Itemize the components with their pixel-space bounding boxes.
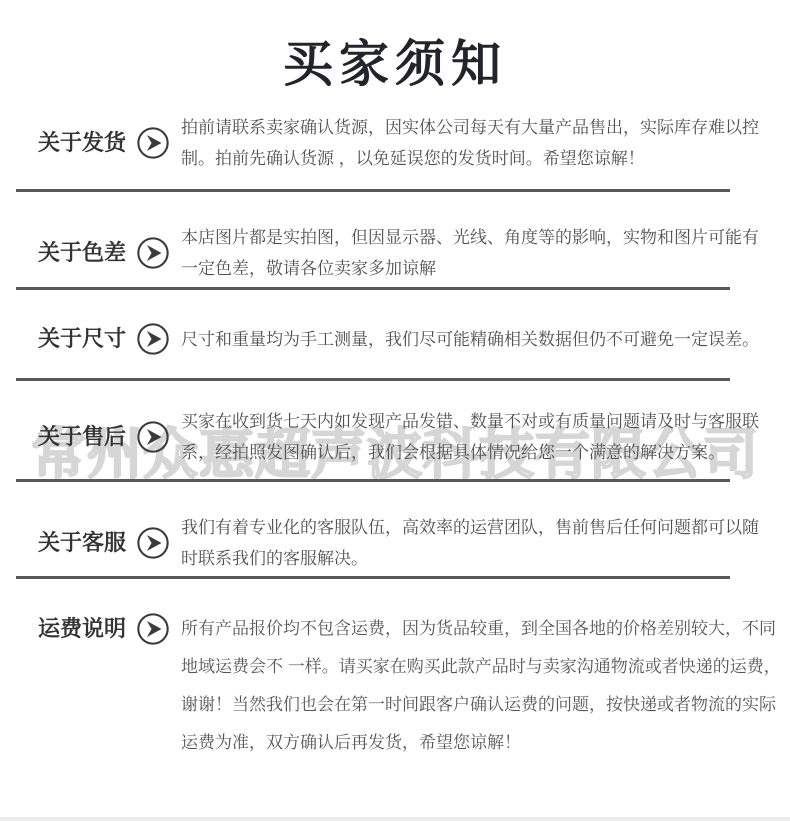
- section-text: 拍前请联系卖家确认货源，因实体公司每天有大量产品售出，实际库存难以控 制。拍前先…: [181, 112, 759, 174]
- section-shipping-fee: 运费说明 所有产品报价均不包含运费，因为货品较重，到全国各地的价格差别较大，不同…: [0, 610, 790, 762]
- divider: [16, 287, 730, 290]
- section-text: 所有产品报价均不包含运费，因为货品较重，到全国各地的价格差别较大，不同 地域运费…: [181, 610, 781, 762]
- section-label: 关于客服: [38, 529, 136, 557]
- bottom-edge-strip: [0, 817, 790, 821]
- section-customer-service: 关于客服 我们有着专业化的客服队伍，高效率的运营团队，售前售后任何问题都可以随 …: [0, 512, 790, 574]
- section-text: 买家在收到货七天内如发现产品发错、数量不对或有质量问题请及时与客服联 系，经拍照…: [181, 406, 759, 468]
- divider: [16, 576, 730, 579]
- buyer-notice-page: 买家须知 常州众惠超声波科技有限公司 关于发货 拍前请联系卖家确认货源，因实体公…: [0, 0, 790, 821]
- section-text: 本店图片都是实拍图，但因显示器、光线、角度等的影响，实物和图片可能有 一定色差，…: [181, 222, 759, 284]
- divider: [16, 189, 730, 192]
- circle-arrow-right-icon: [136, 526, 170, 560]
- section-after-sales: 关于售后 买家在收到货七天内如发现产品发错、数量不对或有质量问题请及时与客服联 …: [0, 406, 790, 468]
- circle-arrow-right-icon: [136, 420, 170, 454]
- circle-arrow-right-icon: [136, 612, 170, 646]
- section-label: 关于售后: [38, 423, 136, 451]
- section-color-difference: 关于色差 本店图片都是实拍图，但因显示器、光线、角度等的影响，实物和图片可能有 …: [0, 222, 790, 284]
- section-shipping: 关于发货 拍前请联系卖家确认货源，因实体公司每天有大量产品售出，实际库存难以控 …: [0, 112, 790, 174]
- section-label: 关于发货: [38, 129, 136, 157]
- section-label: 关于色差: [38, 239, 136, 267]
- section-text: 我们有着专业化的客服队伍，高效率的运营团队，售前售后任何问题都可以随 时联系我们…: [181, 512, 759, 574]
- circle-arrow-right-icon: [136, 322, 170, 356]
- page-title: 买家须知: [0, 24, 790, 96]
- divider: [16, 378, 730, 381]
- circle-arrow-right-icon: [136, 236, 170, 270]
- section-label: 运费说明: [38, 615, 136, 643]
- divider: [16, 479, 730, 482]
- section-size: 关于尺寸 尺寸和重量均为手工测量，我们尽可能精确相关数据但仍不可避免一定误差。: [0, 322, 790, 356]
- section-label: 关于尺寸: [38, 325, 136, 353]
- circle-arrow-right-icon: [136, 126, 170, 160]
- section-text: 尺寸和重量均为手工测量，我们尽可能精确相关数据但仍不可避免一定误差。: [181, 324, 759, 355]
